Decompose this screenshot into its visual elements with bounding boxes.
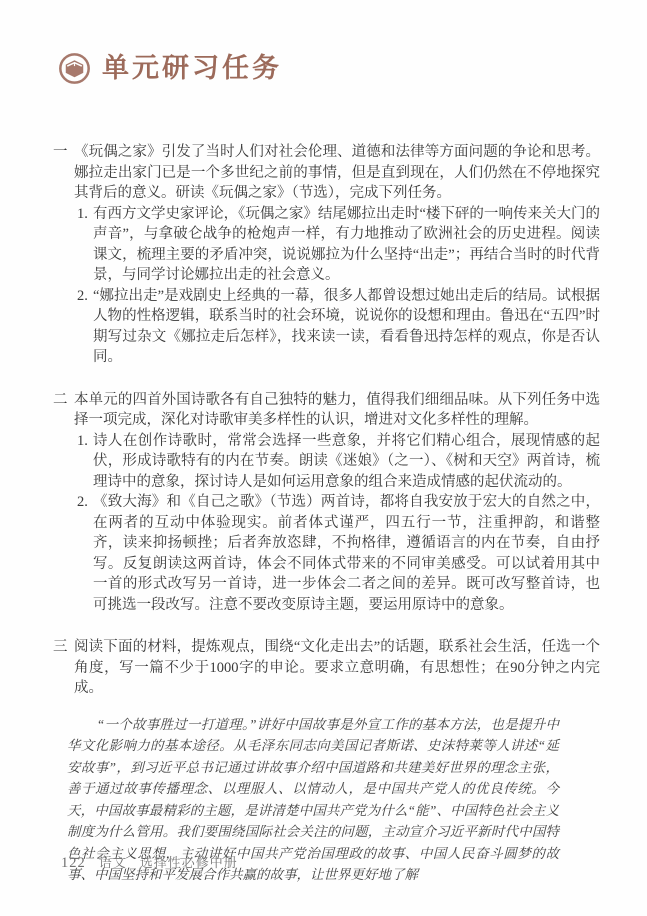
subitem-number: 2. [77,286,93,368]
task-1-number: 一 [53,142,74,368]
page-number: 122 [61,855,86,872]
subitem-number: 1. [77,204,93,286]
task-3-number: 三 [53,637,74,699]
open-book-circle-icon [58,52,91,85]
textbook-page: 单元研习任务 一 《玩偶之家》引发了当时人们对社会伦理、道德和法律等方面问题的争… [0,0,647,916]
footer-volume: 选择性必修中册 [140,852,238,871]
task-1: 一 《玩偶之家》引发了当时人们对社会伦理、道德和法律等方面问题的争论和思考。娜拉… [53,142,600,368]
task-2-text: 本单元的四首外国诗歌各有自己独特的魅力，值得我们细细品味。从下列任务中选择一项完… [74,390,600,431]
unit-task-header: 单元研习任务 [58,52,282,85]
task-2: 二 本单元的四首外国诗歌各有自己独特的魅力，值得我们细细品味。从下列任务中选择一… [53,390,600,616]
page-title: 单元研习任务 [102,52,282,85]
subitem-number: 1. [77,431,93,493]
footer-subject: 语文 [99,852,127,871]
subitem-number: 2. [77,492,93,615]
task-3-text: 阅读下面的材料，提炼观点，围绕“文化走出去”的话题，联系社会生活，任选一个角度，… [74,637,600,699]
subitem-text: 有西方文学史家评论，《玩偶之家》结尾娜拉出走时“楼下砰的一响传来关大门的声音”，… [93,204,600,286]
task-1-text: 《玩偶之家》引发了当时人们对社会伦理、道德和法律等方面问题的争论和思考。娜拉走出… [74,142,600,204]
task-3: 三 阅读下面的材料，提炼观点，围绕“文化走出去”的话题，联系社会生活，任选一个角… [53,637,600,886]
task-1-subitem-2: 2. “娜拉出走”是戏剧史上经典的一幕，很多人都曾设想过她出走后的结局。试根据人… [77,286,600,368]
task-2-subitem-2: 2. 《致大海》和《自己之歌》（节选）两首诗，都将自我安放于宏大的自然之中，在两… [77,492,600,615]
task-2-number: 二 [53,390,74,616]
task-2-subitem-1: 1. 诗人在创作诗歌时，常常会选择一些意象，并将它们精心组合，展现情感的起伏，形… [77,431,600,493]
page-footer: 122 语文 选择性必修中册 [61,852,238,872]
task-1-subitem-1: 1. 有西方文学史家评论，《玩偶之家》结尾娜拉出走时“楼下砰的一响传来关大门的声… [77,204,600,286]
subitem-text: 《致大海》和《自己之歌》（节选）两首诗，都将自我安放于宏大的自然之中，在两者的互… [93,492,600,615]
subitem-text: “娜拉出走”是戏剧史上经典的一幕，很多人都曾设想过她出走后的结局。试根据人物的性… [93,286,600,368]
subitem-text: 诗人在创作诗歌时，常常会选择一些意象，并将它们精心组合，展现情感的起伏，形成诗歌… [93,431,600,493]
tasks-area: 一 《玩偶之家》引发了当时人们对社会伦理、道德和法律等方面问题的争论和思考。娜拉… [53,142,600,908]
